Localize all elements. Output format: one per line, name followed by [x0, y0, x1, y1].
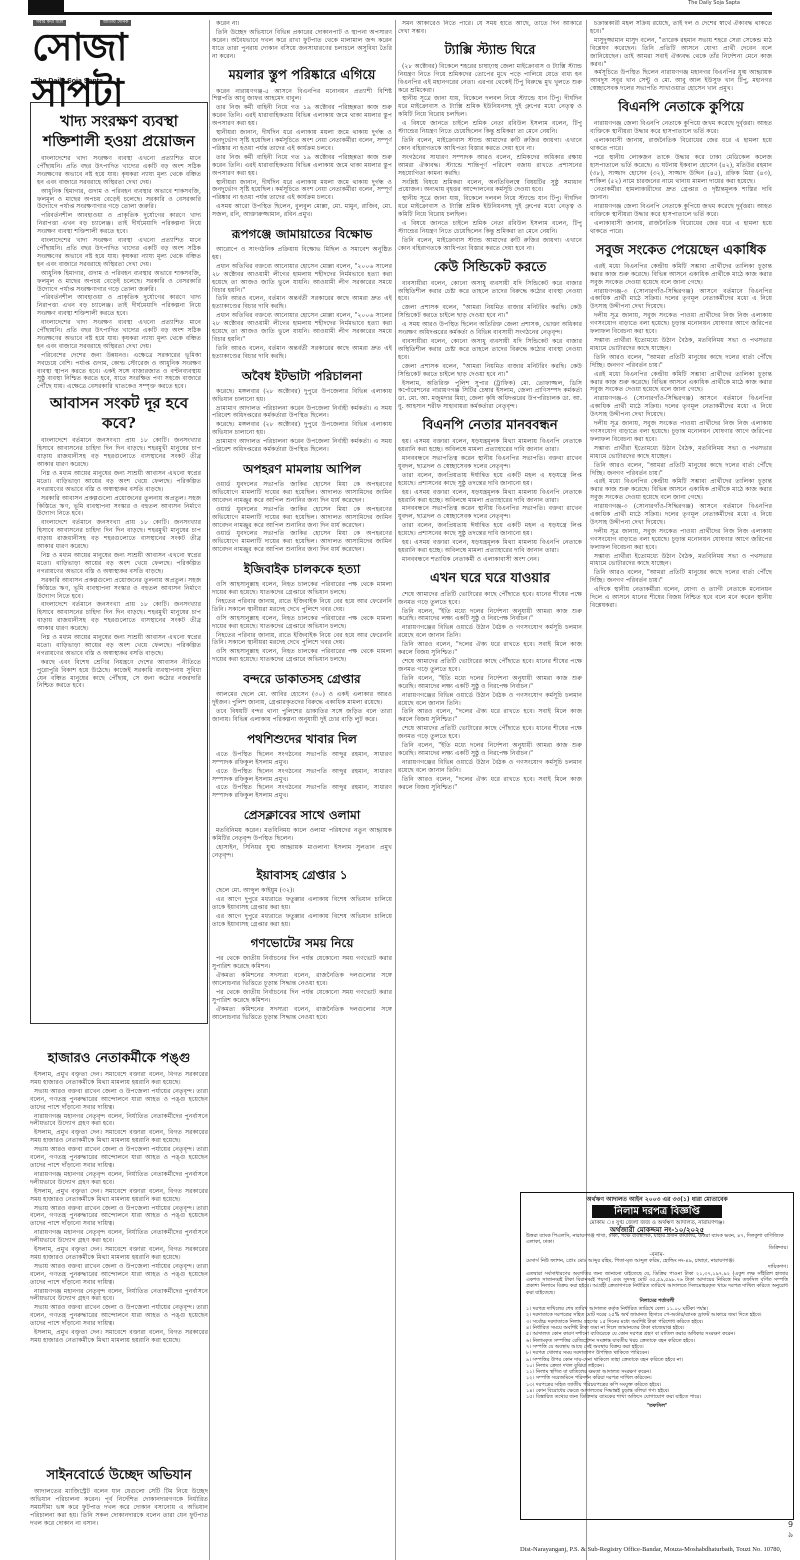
paragraph: শেষে আমাদের প্রতিটি ভোটারের কাছে পৌঁছাতে… [398, 658, 582, 674]
paragraph: প্রধান অতিথির বক্তব্যে আনোয়ার হোসেন মোল… [212, 263, 392, 295]
paragraph: নারায়ণগঞ্জ জেলা বিএনপি নেতাকে কুপিয়ে জ… [590, 203, 772, 219]
paragraph: নিহতের পরিবার জানায়, রাতে ইজিবাইক নিয়ে… [212, 632, 392, 648]
paragraph: মানববন্ধনে সভাপতিত্ব করেন স্থানীয় বিএনপ… [398, 505, 582, 521]
paragraph: সভায় আরও বক্তব্য রাখেন জেলা ও উপজেলা পর… [30, 1205, 208, 1229]
paragraph: হয়। এসময় বক্তারা বলেন, ষড়যন্ত্রমূলক ম… [398, 489, 582, 505]
header-rule [28, 12, 772, 15]
paragraph: আধুনিক হিমাগার, গুদাম ও পরিবহন ব্যবস্থার… [37, 188, 201, 212]
editorial-title: খাদ্য সংরক্ষণ ব্যবস্থা শক্তিশালী হওয়া প… [37, 111, 201, 151]
paragraph: সংশ্লিষ্ট বিষয়ে শ্রমিকরা বলেন, অনতিবিলম… [398, 179, 582, 195]
paragraph: সমন আকারেও নিতে পারে। যে সময় হাতে আছে, … [398, 20, 582, 36]
paragraph: ব্যবসায়ীরা বলেন, কোনো অসাধু ব্যবসায়ী য… [398, 280, 582, 304]
paragraph: তার নিজ কর্মী বাহিনী নিয়ে গত ১৯ অক্টোবর… [212, 154, 392, 178]
headline: বন্দরে ডাকাতসহ গ্রেপ্তার [212, 670, 392, 688]
paragraph: শেষে আমাদের প্রতিটি ভোটারের কাছে পৌঁছাতে… [398, 591, 582, 607]
paragraph: তিনি আরও বলেন, "আমরা প্রতিটি মানুষের কাছ… [590, 462, 772, 478]
paragraph: স্থানীয়রা জানান, দীর্ঘদিন ধরে এলাকায় ম… [212, 179, 392, 203]
paragraph: ইসলাম, প্রমুখ বক্তৃতা দেন। সমাবেশে বক্তা… [30, 1071, 208, 1087]
paragraph: এতে উপস্থিত ছিলেন সংগঠনের সভাপতি আব্দুর … [212, 751, 392, 767]
paragraph: মানববন্ধনে শতাধিক নেতাকর্মী ও এলাকাবাসী … [398, 556, 582, 564]
paragraph: সভায় আরও বক্তব্য রাখেন জেলা ও উপজেলা পর… [30, 1088, 208, 1112]
paragraph: এ সময় আরও উপস্থিত ছিলেন অতিরিক্ত জেলা প… [398, 321, 582, 337]
paragraph: করেন না। [212, 20, 392, 28]
paragraph: তিনি আরও বলেন, "দলের ঐক্য ধরে রাখতে হবে।… [398, 641, 582, 657]
column-1: সবার কথা বলে জাতীয় দৈনিক সোজা সাপটা The… [30, 20, 208, 1560]
paragraph: তিনি আরও বলেন, বর্তমান অন্তর্বর্তী সরকার… [212, 345, 392, 361]
article-body: ইসলাম, প্রমুখ বক্তৃতা দেন। সমাবেশে বক্তা… [30, 1071, 208, 1461]
paragraph: নারায়ণগঞ্জ মহানগর নেতৃবৃন্দ বলেন, নির্য… [30, 1171, 208, 1187]
headline: ইয়াবাসহ গ্রেপ্তার ১ [212, 866, 392, 884]
headline: অপহরণ মামলায় আপিল [212, 460, 392, 478]
paragraph: ইসলাম, প্রমুখ বক্তৃতা দেন। সমাবেশে বক্তা… [30, 1129, 208, 1145]
paragraph: করেন নারায়ণগঞ্জ-৫ আসনে বিএনপির মনোনয়ন … [212, 88, 392, 104]
paragraph: পরিবেশের দেশের জন্য উন্নয়নও। এক্ষেত্রে … [37, 352, 201, 392]
headline: পথশিশুদের খাবার দিল [212, 730, 392, 748]
paragraph: পর থেকে জাতীয় নির্বাচনের দিন পর্যন্ত যে… [212, 989, 392, 1005]
paragraph: এ বিষয়ে জানতে চাইলে শ্রমিক নেতা রবিউল ই… [398, 220, 582, 236]
paragraph: নারায়ণগঞ্জ মহানগর নেতৃবৃন্দ বলেন, নির্য… [30, 1229, 208, 1245]
paragraph: নিহতের পরিবার জানায়, রাতে ইজিবাইক নিয়ে… [212, 598, 392, 614]
paragraph: এসময় আরো উপস্থিত ছিলেন, বুলবুল মোল্লা, … [212, 203, 392, 219]
column-2: করেন না। তিনি উচ্ছেদ অভিযানে বিভিন্ন প্র… [212, 20, 392, 1560]
paragraph: ওসি আহসানুল্লাহ বলেন, নিহত চালকের পরিবার… [212, 581, 392, 597]
paragraph: (২৮ অক্টোবর) বিকেলে শহরের চাষাঢ়াস্থ জেল… [398, 63, 582, 95]
notice-body: এতদ্বারা সর্বসাধারণের অবগতির জন্য জানানো… [526, 1271, 788, 1296]
paragraph: তারা বলেন, জনপ্রিয়তায় ঈর্ষান্বিত হয়ে … [398, 472, 582, 488]
paragraph: স্থানীয় সূত্রে জানা যায়, বিকেলে দলবল ন… [398, 195, 582, 219]
paragraph: পরিবর্তনশীল আবহাওয়া ও প্রাকৃতিক দুর্যোগ… [37, 294, 201, 318]
paragraph: ঐকমত্য কমিশনের সদস্যরা বলেন, রাজনৈতিক দল… [212, 972, 392, 988]
masthead: সবার কথা বলে জাতীয় দৈনিক সোজা সাপটা The… [30, 20, 208, 94]
paragraph: ঐকমত্য কমিশনের সদস্যরা বলেন, রাজনৈতিক দল… [212, 1006, 392, 1022]
paragraph: সম্ভাব্য প্রার্থীরা ইতোমধ্যে উঠান বৈঠক, … [590, 337, 772, 353]
paragraph: এরই মধ্যে বিএনপির কেন্দ্রীয় কমিটি সম্ভা… [590, 263, 772, 287]
paragraph: ইসলাম, প্রমুখ বক্তৃতা দেন। সমাবেশে বক্তা… [30, 1246, 208, 1262]
column-4: চক্রান্তকারী মহল সক্রিয় রয়েছে, তাই দল … [590, 20, 772, 1185]
notice-condition: ১৫। বিস্তারিত তথ্যের জন্য ডিক্রিদার ব্যা… [526, 1394, 788, 1400]
paragraph: করেছে। মঙ্গলবার (২৮ অক্টোবর) দুপুরে উপজে… [212, 421, 392, 437]
auction-notice: অর্থঋণ আদালত আইন ২০০৩ এর ৩৩(১) ধারা মোতা… [520, 1192, 794, 1520]
headline: বিএনপি নেতার মানববন্ধন [398, 417, 582, 435]
editorial-box: খাদ্য সংরক্ষণ ব্যবস্থা শক্তিশালী হওয়া প… [30, 102, 208, 1024]
paragraph: ছেলে মো. আব্দুল কাইয়ুম (৩২)। [212, 887, 392, 895]
paragraph: তার নিজ কর্মী বাহিনী নিয়ে গত ১৯ অক্টোবর… [212, 104, 392, 128]
paragraph: দলীয় সূত্র জানায়, সবুজ সংকেত পাওয়া প্… [590, 312, 772, 336]
paragraph: জেলা প্রশাসক বলেন, "আমরা নিয়মিত বাজার ম… [398, 304, 582, 320]
headline: সবুজ সংকেত পেয়েছেন একাধিক [590, 242, 772, 260]
header-paper-name: The Daily Soja Sapta [688, 0, 740, 6]
paragraph: ভ্রাম্যমাণ আদালত পরিচালনা করেন উপজেলা নি… [212, 405, 392, 421]
paragraph: জেলা প্রশাসক বলেন, "আমরা নিয়মিত বাজার ম… [398, 363, 582, 379]
paragraph: বাংলাদেশের খাদ্য সংরক্ষণ ব্যবস্থা এখনো প… [37, 319, 201, 351]
paragraph: বাংলাদেশে বর্তমানে জনসংখ্যা প্রায় ১৮ কো… [37, 601, 201, 633]
page-number-en: 9 [788, 1520, 793, 1530]
paragraph: এলাকাবাসী জানায়, রাজনৈতিক বিরোধের জের ধ… [590, 137, 772, 153]
notice-schedule-title: "তফসিল" [526, 1403, 788, 1409]
headline: ট্যাক্সি স্ট্যান্ড ঘিরে [398, 42, 582, 60]
paragraph: নারায়ণগঞ্জের বিভিন্ন ওয়ার্ডে উঠান বৈঠক… [398, 692, 582, 708]
paragraph: ওসি আহসানুল্লাহ বলেন, নিহত চালকের পরিবার… [212, 615, 392, 631]
paragraph: পর থেকে জাতীয় নির্বাচনের দিন পর্যন্ত যে… [212, 955, 392, 971]
paragraph: এতে উপস্থিত ছিলেন সংগঠনের সভাপতি আব্দুর … [212, 768, 392, 784]
paragraph: নারায়ণগঞ্জ জেলা বিএনপি নেতাকে কুপিয়ে জ… [590, 120, 772, 136]
paragraph: আদালতের ম্যাজিস্ট্রেট বলেন যান যেগুলো সে… [30, 1488, 208, 1528]
notice-law-reference: অর্থঋণ আদালত আইন ২০০৩ এর ৩৩(১) ধারা মোতা… [526, 1197, 788, 1203]
paragraph: নিম্ন ও মধ্যম আয়ের মানুষের জন্য সাশ্রয়… [37, 552, 201, 576]
paragraph: সভায় আরও বক্তব্য রাখেন জেলা ও উপজেলা পর… [30, 1263, 208, 1287]
paragraph: নারায়ণগঞ্জ-৩ (সোনারগাঁও-সিদ্ধিরগঞ্জ) আস… [590, 503, 772, 527]
paragraph: এর আগে দুপুরে মধ্যরাতে ফতুল্লার এলাকায় … [212, 896, 392, 912]
paragraph: নিম্ন ও মধ্যম আয়ের মানুষের জন্য সাশ্রয়… [37, 634, 201, 658]
paragraph: প্রধান অতিথির বক্তব্যে আনোয়ার হোসেন মোল… [212, 312, 392, 344]
paragraph: নারায়ণগঞ্জ মহানগর নেতৃবৃন্দ বলেন, নির্য… [30, 1288, 208, 1304]
column-divider [209, 20, 210, 1560]
paragraph: সরকারি আবাসন প্রকল্পগুলো প্রয়োজনের তুলন… [37, 577, 201, 601]
paragraph: পরিবর্তনশীল আবহাওয়া ও প্রাকৃতিক দুর্যোগ… [37, 212, 201, 236]
headline: ময়লার স্তুপ পরিষ্কারে এগিয়ে [212, 67, 392, 85]
paragraph: তিনি বলেন, "ইতি মধ্যে দলের নির্দেশনা অনু… [398, 742, 582, 758]
paragraph: এ বিষয়ে জানতে চাইলে শ্রমিক নেতা রবিউল ই… [398, 120, 582, 136]
paragraph: বাংলাদেশে বর্তমানে জনসংখ্যা প্রায় ১৮ কো… [37, 519, 201, 551]
headline: অবৈধ ইটভাটা পরিচালনা [212, 367, 392, 385]
paragraph: তিনি আরও বলেন, "আমরা প্রতিটি মানুষের কাছ… [590, 569, 772, 585]
headline: প্রেসক্লাবের সাথে ওলামা [212, 806, 392, 824]
paragraph: নারায়ণগঞ্জের বিভিন্ন ওয়ার্ডে উঠান বৈঠক… [398, 624, 582, 640]
paragraph: এলাকাবাসী জানায়, রাজনৈতিক বিরোধের জের ধ… [590, 220, 772, 236]
paragraph: আধুনিক হিমাগার, গুদাম ও পরিবহন ব্যবস্থার… [37, 270, 201, 294]
paragraph: ভ্রাম্যমাণ আদালত পরিচালনা করেন উপজেলা নি… [212, 438, 392, 454]
paragraph: তিনি উচ্ছেদ অভিযানে বিভিন্ন প্রকারের দোক… [212, 29, 392, 61]
paragraph: এতে উপস্থিত ছিলেন সংগঠনের সভাপতি আব্দুর … [212, 784, 392, 800]
paragraph: দলীয় সূত্র জানায়, সবুজ সংকেত পাওয়া প্… [590, 420, 772, 444]
paragraph: নারায়ণগঞ্জ-৩ (সোনারগাঁও-সিদ্ধিরগঞ্জ) আস… [590, 288, 772, 312]
column-divider [395, 20, 396, 1560]
paragraph: হয়। এসময় বক্তারা বলেন, ষড়যন্ত্রমূলক ম… [398, 539, 582, 555]
headline: এখন ঘরে ঘরে যাওয়ার [398, 570, 582, 588]
paragraph: ইসলাম, অতিরিক্ত পুলিশ সুপার (ট্রাফিক) মো… [398, 380, 582, 412]
paragraph: করেছে। মঙ্গলবার (২৮ অক্টোবর) দুপুরে উপজে… [212, 388, 392, 404]
paragraph: সংগঠনের সাধারণ সম্পাদক আরও বলেন, শ্রমিকদ… [398, 154, 582, 178]
paragraph: আরোপে ও সাংগঠনিক প্রক্রিয়ায় বিক্ষোভ মি… [212, 246, 392, 262]
paragraph: তিনি আরও বলেন, "আমরা প্রতিটি মানুষের কাছ… [590, 354, 772, 370]
paragraph: নারায়ণগঞ্জের বিভিন্ন ওয়ার্ডে উঠান বৈঠক… [398, 759, 582, 775]
paragraph: সভায় আরও বক্তব্য রাখেন জেলা ও উপজেলা পর… [30, 1146, 208, 1170]
paragraph: তিনি বলেন, মাইক্রোবাস স্ট্যান্ড আমাদের র… [398, 237, 582, 253]
paragraph: সরকারি আবাসন প্রকল্পগুলো প্রয়োজনের তুলন… [37, 495, 201, 519]
notice-schedule-line: Dist-Narayanganj, P.S. & Sub-Registry Of… [520, 1546, 782, 1553]
paragraph: সভায় আরও বক্তব্য রাখেন জেলা ও উপজেলা পর… [30, 1304, 208, 1328]
paragraph: তিনি বলেন, "ইতি মধ্যে দলের নির্দেশনা অনু… [398, 675, 582, 691]
paragraph: তিনি বলেন, মাইক্রোবাস স্ট্যান্ড আমাদের র… [398, 137, 582, 153]
paragraph: বাংলাদেশের খাদ্য সংরক্ষণ ব্যবস্থা এখনো প… [37, 237, 201, 269]
paragraph: এর আগে দুপুরে মধ্যরাতে ফতুল্লার এলাকায় … [212, 913, 392, 929]
notice-condition: ২। দরদাতাকে দরপত্রের সহিত মোট দরের ২৫% অ… [526, 1312, 788, 1318]
notice-banner: নিলাম দরপত্র বিজ্ঞপ্তি [592, 1205, 722, 1218]
paragraph: ইসলাম, প্রমুখ বক্তৃতা দেন। সমাবেশে বক্তা… [30, 1188, 208, 1204]
paragraph: ইসলাম, প্রমুখ বক্তৃতা দেন। সমাবেশে বক্তা… [30, 1329, 208, 1345]
paragraph: দলীয় সূত্র জানায়, সবুজ সংকেত পাওয়া প্… [590, 528, 772, 552]
paragraph: চক্রান্তকারী মহল সক্রিয় রয়েছে, তাই দল … [590, 20, 772, 36]
paragraph: বাংলাদেশের খাদ্য সংরক্ষণ ব্যবস্থা এখনো প… [37, 155, 201, 187]
paragraph: হোসাইন, সিনিয়র যুগ্ম আহ্বায়ক মাওলানা ই… [212, 844, 392, 860]
headline: ইজিবাইক চালককে হত্যা [212, 560, 392, 578]
paragraph: তিনি আরও বলেন, "দলের ঐক্য ধরে রাখতে হবে।… [398, 776, 582, 792]
headline: হাজারও নেতাকর্মীকে পঙ্গু [30, 1050, 208, 1068]
paragraph: স্থানীয়রা জানান, দীর্ঘদিন ধরে এলাকায় ম… [212, 129, 392, 153]
paragraph: নারায়ণগঞ্জ মহানগর নেতৃবৃন্দ বলেন, নির্য… [30, 1113, 208, 1129]
headline: বিএনপি নেতাকে কুপিয়ে [590, 99, 772, 117]
headline: কেউ সিন্ডিকেট করতে [398, 259, 582, 277]
paragraph: করছে এবং বিশেষ শ্রেণির নিয়ন্ত্রণে দেশের… [37, 659, 201, 691]
paragraph: এরই মধ্যে বিএনপির কেন্দ্রীয় কমিটি সম্ভা… [590, 371, 772, 395]
paragraph: নেতাকর্মীরা হামলাকারীদের দ্রুত গ্রেপ্তার… [590, 186, 772, 202]
paragraph: স্থানীয় সূত্রে জানা যায়, বিকেলে দলবল ন… [398, 95, 582, 119]
headline: সাইনবোর্ডে উচ্ছেদ অভিযান [30, 1467, 208, 1485]
paragraph: পরে স্থানীয় লোকজন তাকে উদ্ধার করে ঢাকা … [590, 154, 772, 186]
paragraph: তিনি আরও বলেন, বর্তমান অন্তর্বর্তী সরকার… [212, 295, 392, 311]
paragraph: এদিকে স্থানীয় নেতাকর্মীরা বলেন, যোগ্য ও… [590, 586, 772, 610]
headline: রূপগঞ্জে জামায়াতের বিক্ষোভ [212, 225, 392, 243]
newspaper-logo: সোজা সাপটা [32, 24, 208, 116]
paragraph: নারায়ণগঞ্জ-৩ (সোনারগাঁও-সিদ্ধিরগঞ্জ) আস… [590, 395, 772, 419]
page-number: 9 ৯ [788, 1520, 793, 1540]
notice-plaintiff: উত্তরা ব্যাংক পিএলসি, নারায়ণগঞ্জ শাখা, … [526, 1233, 788, 1246]
paragraph: সম্ভাব্য প্রার্থীরা ইতোমধ্যে উঠান বৈঠক, … [590, 445, 772, 461]
paragraph: ওয়ার্ড যুবদলের সভাপতি জাকির হোসেন মিয়া… [212, 530, 392, 554]
editorial-title-2: আবাসন সংকট দূর হবে কবে? [37, 393, 201, 433]
newspaper-logo-english: The Daily Soja Sapta [34, 78, 103, 86]
paragraph: ব্যবসায়ীরা বলেন, কোনো অসাধু ব্যবসায়ী য… [398, 338, 582, 362]
paragraph: শেষে আমাদের প্রতিটি ভোটারের কাছে পৌঁছাতে… [398, 725, 582, 741]
paragraph: তারা বলেন, জনপ্রিয়তায় ঈর্ষান্বিত হয়ে … [398, 522, 582, 538]
paragraph: ওয়ার্ড যুবদলের সভাপতি জাকির হোসেন মিয়া… [212, 506, 392, 530]
paragraph: নিম্ন ও মধ্যম আয়ের মানুষের জন্য সাশ্রয়… [37, 470, 201, 494]
headline: গণভোটের সময় নিয়ে [212, 934, 392, 952]
paragraph: তিনি বলেন, "ইতি মধ্যে দলের নির্দেশনা অনু… [398, 608, 582, 624]
paragraph: ওসি আহসানুল্লাহ বলেন, নিহত চালকের পরিবার… [212, 648, 392, 664]
paragraph: সম্ভাব্য প্রার্থীরা ইতোমধ্যে উঠান বৈঠক, … [590, 553, 772, 569]
paragraph: মতবিনিময় করেন। মতবিনিময় কালে ওলামা পরি… [212, 827, 392, 843]
paragraph: তবে বিষয়টি বন্দর থানা পুলিশের ডাকাতির স… [212, 708, 392, 724]
paragraph: তিনি আরও বলেন, "দলের ঐক্য ধরে রাখতে হবে।… [398, 708, 582, 724]
page-number-bn: ৯ [788, 1530, 793, 1540]
notice-conditions-title: নিলামের শর্তাবলী [526, 1298, 788, 1304]
paragraph: এরই মধ্যে বিএনপির কেন্দ্রীয় কমিটি সম্ভা… [590, 478, 772, 502]
paragraph: আলমের ছেলে মো. আবির হোসেন (৩০) ও একই এলা… [212, 691, 392, 707]
paragraph: মাসুদুজ্জামান মাসুদ বলেন, "তারেক রহমান স… [590, 37, 772, 69]
paragraph: বাংলাদেশে বর্তমানে জনসংখ্যা প্রায় ১৮ কো… [37, 437, 201, 469]
page-header-bar: The Daily Soja Sapta [0, 0, 800, 14]
paragraph: মানববন্ধনে সভাপতিত্ব করেন স্থানীয় বিএনপ… [398, 455, 582, 471]
paragraph: হয়। এসময় বক্তারা বলেন, ষড়যন্ত্রমূলক ম… [398, 438, 582, 454]
paragraph: কর্মসূচিতে উপস্থিত ছিলেন নারায়ণগঞ্জ মহা… [590, 69, 772, 93]
paragraph: ওয়ার্ড যুবদলের সভাপতি জাকির হোসেন মিয়া… [212, 481, 392, 505]
